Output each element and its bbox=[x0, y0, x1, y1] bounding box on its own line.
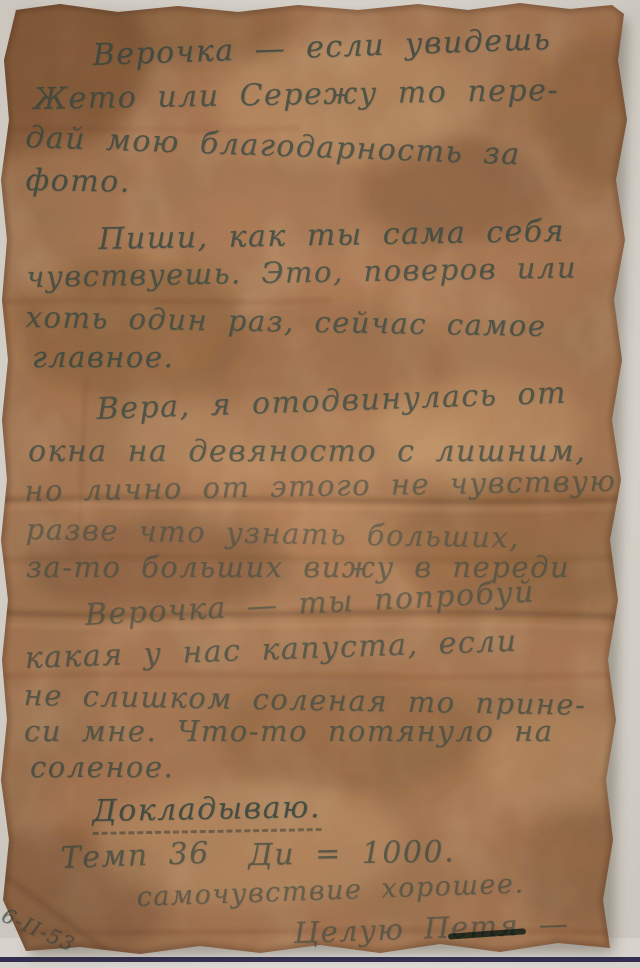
scanned-letter-page: Верочка — если увидешь Жето или Сережу т… bbox=[0, 0, 640, 968]
paper-texture bbox=[0, 0, 640, 968]
scanner-line bbox=[0, 957, 640, 962]
paper-sheet bbox=[0, 0, 640, 968]
